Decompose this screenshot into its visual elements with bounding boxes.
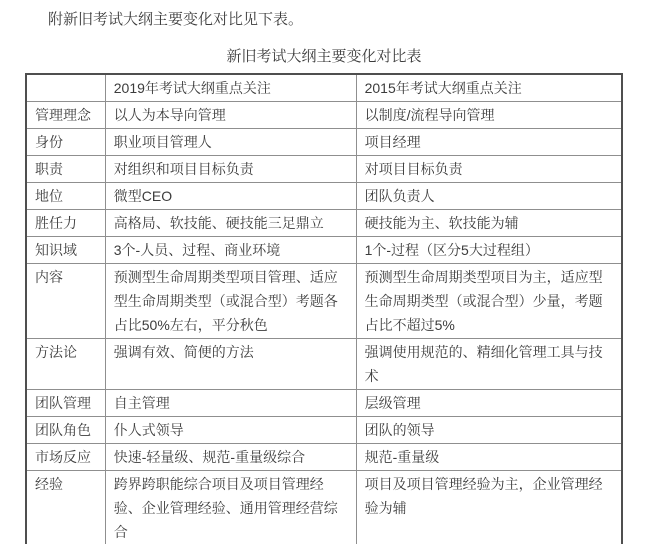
table-row: 管理理念 以人为本导向管理 以制度/流程导向管理 (26, 102, 622, 129)
table-row: 职责 对组织和项目目标负责 对项目目标负责 (26, 156, 622, 183)
document-page: 附新旧考试大纲主要变化对比见下表。 新旧考试大纲主要变化对比表 2019年考试大… (0, 0, 650, 544)
table-row: 地位 微型CEO 团队负责人 (26, 183, 622, 210)
cell-2019: 3个-人员、过程、商业环境 (105, 237, 356, 264)
row-label: 身份 (26, 129, 105, 156)
cell-2015: 规范-重量级 (356, 444, 622, 471)
cell-2015: 强调使用规范的、精细化管理工具与技术 (356, 339, 622, 390)
cell-2019: 预测型生命周期类型项目管理、适应型生命周期类型（或混合型）考题各占比50%左右，… (105, 264, 356, 339)
cell-2015: 团队负责人 (356, 183, 622, 210)
intro-text: 附新旧考试大纲主要变化对比见下表。 (48, 11, 650, 29)
table-title: 新旧考试大纲主要变化对比表 (25, 45, 623, 66)
table-row: 内容 预测型生命周期类型项目管理、适应型生命周期类型（或混合型）考题各占比50%… (26, 264, 622, 339)
table-row: 胜任力 高格局、软技能、硬技能三足鼎立 硬技能为主、软技能为辅 (26, 210, 622, 237)
row-label: 胜任力 (26, 210, 105, 237)
cell-2019: 快速-轻量级、规范-重量级综合 (105, 444, 356, 471)
row-label: 经验 (26, 471, 105, 544)
table-row: 知识域 3个-人员、过程、商业环境 1个-过程（区分5大过程组） (26, 237, 622, 264)
cell-2019: 以人为本导向管理 (105, 102, 356, 129)
row-label: 方法论 (26, 339, 105, 390)
cell-2019: 高格局、软技能、硬技能三足鼎立 (105, 210, 356, 237)
table-row: 市场反应 快速-轻量级、规范-重量级综合 规范-重量级 (26, 444, 622, 471)
table-row: 团队管理 自主管理 层级管理 (26, 390, 622, 417)
cell-2015: 项目经理 (356, 129, 622, 156)
cell-2015: 1个-过程（区分5大过程组） (356, 237, 622, 264)
cell-2019: 职业项目管理人 (105, 129, 356, 156)
comparison-table: 2019年考试大纲重点关注 2015年考试大纲重点关注 管理理念 以人为本导向管… (25, 73, 623, 544)
cell-2019: 自主管理 (105, 390, 356, 417)
row-label: 管理理念 (26, 102, 105, 129)
header-row: 2019年考试大纲重点关注 2015年考试大纲重点关注 (26, 74, 622, 102)
cell-2015: 对项目目标负责 (356, 156, 622, 183)
col-header-2019: 2019年考试大纲重点关注 (105, 74, 356, 102)
cell-2019: 跨界跨职能综合项目及项目管理经验、企业管理经验、通用管理经营综合 (105, 471, 356, 544)
row-label: 职责 (26, 156, 105, 183)
cell-2019: 仆人式领导 (105, 417, 356, 444)
cell-2019: 对组织和项目目标负责 (105, 156, 356, 183)
table-row: 团队角色 仆人式领导 团队的领导 (26, 417, 622, 444)
cell-2015: 硬技能为主、软技能为辅 (356, 210, 622, 237)
row-label: 市场反应 (26, 444, 105, 471)
row-label: 团队管理 (26, 390, 105, 417)
table-row: 方法论 强调有效、简便的方法 强调使用规范的、精细化管理工具与技术 (26, 339, 622, 390)
table-row: 经验 跨界跨职能综合项目及项目管理经验、企业管理经验、通用管理经营综合 项目及项… (26, 471, 622, 544)
cell-2015: 团队的领导 (356, 417, 622, 444)
table-container: 新旧考试大纲主要变化对比表 2019年考试大纲重点关注 2015年考试大纲重点关… (25, 45, 623, 544)
row-label: 团队角色 (26, 417, 105, 444)
cell-2015: 预测型生命周期类型项目为主，适应型生命周期类型（或混合型）少量，考题占比不超过5… (356, 264, 622, 339)
cell-2015: 层级管理 (356, 390, 622, 417)
row-label: 内容 (26, 264, 105, 339)
row-label: 地位 (26, 183, 105, 210)
col-header-2015: 2015年考试大纲重点关注 (356, 74, 622, 102)
cell-2015: 以制度/流程导向管理 (356, 102, 622, 129)
cell-2019: 强调有效、简便的方法 (105, 339, 356, 390)
row-label: 知识域 (26, 237, 105, 264)
corner-cell (26, 74, 105, 102)
table-row: 身份 职业项目管理人 项目经理 (26, 129, 622, 156)
cell-2019: 微型CEO (105, 183, 356, 210)
cell-2015: 项目及项目管理经验为主，企业管理经验为辅 (356, 471, 622, 544)
